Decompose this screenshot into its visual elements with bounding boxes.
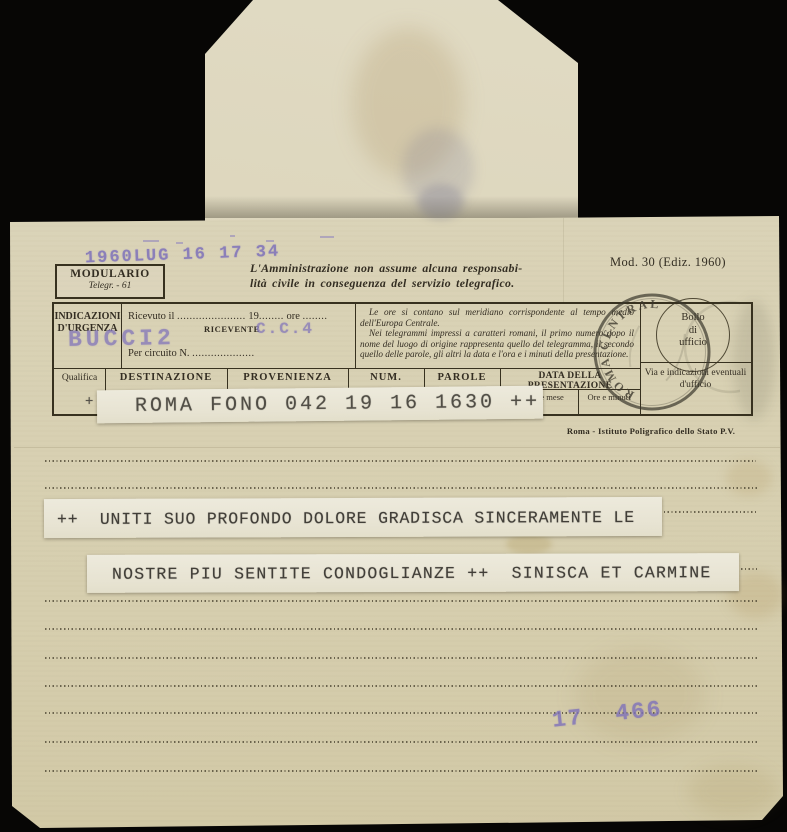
table-divider (54, 368, 640, 369)
ruled-line (45, 657, 757, 659)
svg-text:ROMA CENTRALE: ROMA CENTRALE (580, 285, 664, 426)
disclaimer-line2: lità civile in conseguenza del servizio … (250, 276, 515, 290)
telegram-content: 1960LUG 16 17 34 MODULARIO Telegr. - 61 … (0, 0, 787, 832)
message-line-2: NOSTRE PIU SENTITE CONDOGLIANZE ++ SINIS… (87, 553, 739, 595)
telegram-scan: { "header": { "modulario_line1": "MODULA… (0, 0, 787, 832)
disclaimer: L'Amministrazione non assume alcuna resp… (250, 261, 560, 290)
pen-dash (320, 236, 334, 238)
received-line: Ricevuto il ...................... 19...… (128, 311, 352, 322)
modulario-box: MODULARIO Telegr. - 61 (55, 264, 165, 299)
ruled-line (660, 511, 756, 513)
postmark-stamp: ROMA CENTRALE (580, 285, 740, 435)
column-provenienza: PROVENIENZA (227, 372, 348, 383)
column-num: NUM. (348, 372, 424, 383)
routing-strip: ROMA FONO 042 19 16 1630 ++ (97, 386, 543, 424)
ruled-line (45, 600, 757, 602)
postmark-grunge (666, 332, 687, 382)
pen-dash (176, 242, 183, 244)
column-qualifica: Qualifica (54, 373, 105, 383)
received-label: Ricevuto il (128, 311, 174, 322)
routing-line: ROMA FONO 042 19 16 1630 ++ (97, 386, 543, 424)
ruled-line (45, 741, 757, 743)
pen-dash (230, 235, 235, 237)
postmark-text: ROMA CENTRALE (580, 285, 664, 426)
receiver-office-stamp: C.C.4 (256, 320, 314, 338)
disclaimer-line1: L'Amministrazione non assume alcuna resp… (250, 261, 523, 275)
column-parole: PAROLE (424, 372, 500, 383)
urgency-office-stamp: BUCCI2 (68, 325, 175, 353)
pen-dash (266, 240, 274, 242)
ruled-line (741, 568, 757, 570)
message-line-1: ++ UNITI SUO PROFONDO DOLORE GRADISCA SI… (44, 497, 662, 540)
ruled-line (45, 460, 756, 462)
receiver-label: RICEVENTE (204, 324, 260, 334)
faded-stamp-trace (685, 302, 740, 392)
postmark-grunge (626, 325, 641, 367)
qualifica-value: + (85, 394, 93, 410)
message-strip-1: ++ UNITI SUO PROFONDO DOLORE GRADISCA SI… (44, 497, 662, 538)
modulario-subtitle: Telegr. - 61 (57, 281, 163, 292)
pen-dash (143, 240, 159, 242)
edition-label: Mod. 30 (Ediz. 1960) (610, 255, 726, 270)
message-strip-2: NOSTRE PIU SENTITE CONDOGLIANZE ++ SINIS… (87, 553, 739, 593)
ruled-line (45, 685, 757, 687)
urgency-line1: INDICAZIONI (54, 311, 120, 322)
table-divider (355, 304, 356, 368)
ruled-line (45, 770, 757, 772)
column-destinazione: DESTINAZIONE (105, 372, 227, 383)
ruled-line (45, 487, 758, 489)
dot-leader: ...................... (177, 311, 246, 322)
number-stamp: 17 466 (551, 696, 664, 733)
dot-leader: .................... (192, 348, 255, 359)
modulario-title: MODULARIO (57, 268, 163, 281)
ruled-line (45, 628, 757, 630)
